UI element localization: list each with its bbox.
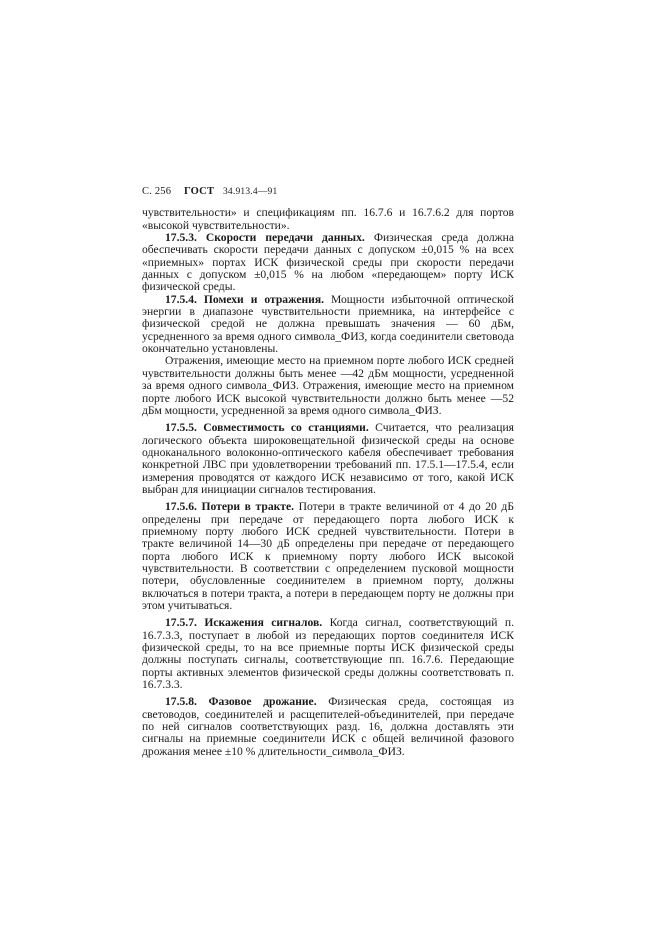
section-heading: 17.5.8. Фазовое дрожание. [165,695,317,708]
section-17-5-6: 17.5.6. Потери в тракте. Потери в тракте… [142,501,514,612]
standard-number: 34.913.4—91 [223,187,277,197]
section-17-5-8: 17.5.8. Фазовое дрожание. Физическая сре… [142,696,514,758]
section-heading: 17.5.4. Помехи и отражения. [165,293,324,306]
section-17-5-5: 17.5.5. Совместимость со станциями. Счит… [142,422,514,496]
paragraph-continuation: чувствительности» и спецификациям пп. 16… [142,207,514,232]
section-heading: 17.5.3. Скорости передачи данных. [165,231,365,244]
section-text: Потери в тракте величиной от 4 до 20 дБ … [142,500,514,612]
section-17-5-4: 17.5.4. Помехи и отражения. Мощности изб… [142,294,514,356]
standard-label: ГОСТ [184,186,214,197]
section-17-5-4-reflections: Отражения, имеющие место на приемном пор… [142,355,514,417]
section-17-5-3: 17.5.3. Скорости передачи данных. Физиче… [142,232,514,294]
section-heading: 17.5.6. Потери в тракте. [165,500,294,513]
section-heading: 17.5.7. Искажения сигналов. [165,616,322,629]
section-17-5-7: 17.5.7. Искажения сигналов. Когда сигнал… [142,617,514,691]
document-page: С. 256 ГОСТ 34.913.4—91 чувствительности… [142,186,514,758]
section-text: Отражения, имеющие место на приемном пор… [142,354,514,416]
page-header: С. 256 ГОСТ 34.913.4—91 [142,186,514,198]
section-heading: 17.5.5. Совместимость со станциями. [165,421,369,434]
paragraph-text: чувствительности» и спецификациям пп. 16… [142,206,514,231]
page-number: С. 256 [142,186,171,197]
